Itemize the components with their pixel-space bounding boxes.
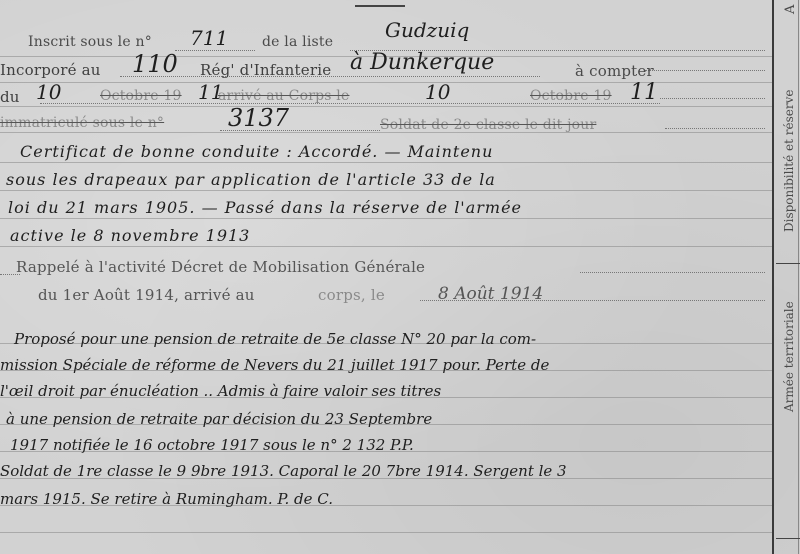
note2-line: à une pension de retraite par décision d… (6, 410, 432, 428)
note2-line: mission Spéciale de réforme de Nevers du… (0, 356, 549, 374)
note2-line: l'œil droit par énucléation .. Admis à f… (0, 382, 441, 400)
column-divider (772, 0, 774, 554)
note1-line: sous les drapeaux par application de l'a… (6, 170, 496, 189)
mobilisation-line2-prefix: du 1er Août 1914, arrivé au (38, 286, 255, 304)
regiment-location: à Dunkerque (350, 50, 494, 75)
note3-line: Soldat de 1re classe le 9 9bre 1913. Cap… (0, 462, 567, 480)
side-fragment-top: A (783, 5, 798, 14)
arrive-year-suffix: 11 (630, 80, 658, 105)
dotted-line (175, 50, 255, 51)
side-label-disponibilite: Disponibilité et réserve (782, 90, 796, 232)
incorpore-label: Incorporé au (0, 61, 101, 79)
soldat-label: Soldat de 2e classe le dit jour (380, 117, 596, 133)
note2-line: 1917 notifiée le 16 octobre 1917 sous le… (10, 436, 414, 454)
register-page: Inscrit sous le n° 711 de la liste Gudzu… (0, 0, 800, 554)
side-rule (776, 538, 800, 539)
dotted-line (665, 128, 765, 129)
note3-line: mars 1915. Se retire à Rumingham. P. de … (0, 490, 333, 508)
dotted-line (580, 272, 765, 273)
note1-line: active le 8 novembre 1913 (10, 226, 250, 245)
compter-label: à compter (575, 62, 654, 80)
arrive-month: Octobre 19 (530, 88, 612, 104)
side-label-territoriale: Armée territoriale (782, 301, 796, 412)
liste-value: Gudzuiq (385, 18, 469, 42)
top-dash (355, 5, 405, 7)
note1-line: Certificat de bonne conduite : Accordé. … (20, 142, 493, 161)
arrive-label: arrivé au Corps le (218, 88, 349, 104)
inscrit-value: 711 (190, 26, 228, 50)
liste-label: de la liste (262, 34, 333, 50)
ruled-line (0, 246, 772, 247)
immatricule-label: immatriculé sous le n° (0, 115, 164, 131)
ruled-line (0, 162, 772, 163)
ruled-line (0, 532, 772, 533)
inscrit-label: Inscrit sous le n° (28, 34, 152, 50)
dotted-line (645, 70, 765, 71)
mobilisation-date: 8 Août 1914 (438, 284, 543, 304)
dotted-line (660, 98, 765, 99)
du-label: du (0, 88, 20, 106)
note1-line: loi du 21 mars 1905. — Passé dans la rés… (8, 198, 522, 217)
arrive-value: 10 (425, 80, 450, 104)
immatricule-value: 3137 (228, 104, 289, 132)
octobre-label: Octobre 19 (100, 88, 182, 104)
du-value: 10 (36, 80, 61, 104)
note2-line: Proposé pour une pension de retraite de … (14, 330, 536, 348)
mobilisation-line2-corps: corps, le (318, 286, 385, 304)
ruled-line (0, 106, 772, 107)
mobilisation-line1: Rappelé à l'activité Décret de Mobilisat… (16, 258, 425, 276)
ruled-line (0, 218, 772, 219)
ruled-line (0, 190, 772, 191)
page-edge-line (798, 0, 799, 554)
side-rule (776, 263, 800, 264)
incorpore-value: 110 (132, 50, 178, 78)
regiment-label: Rég' d'Infanterie (200, 61, 331, 79)
